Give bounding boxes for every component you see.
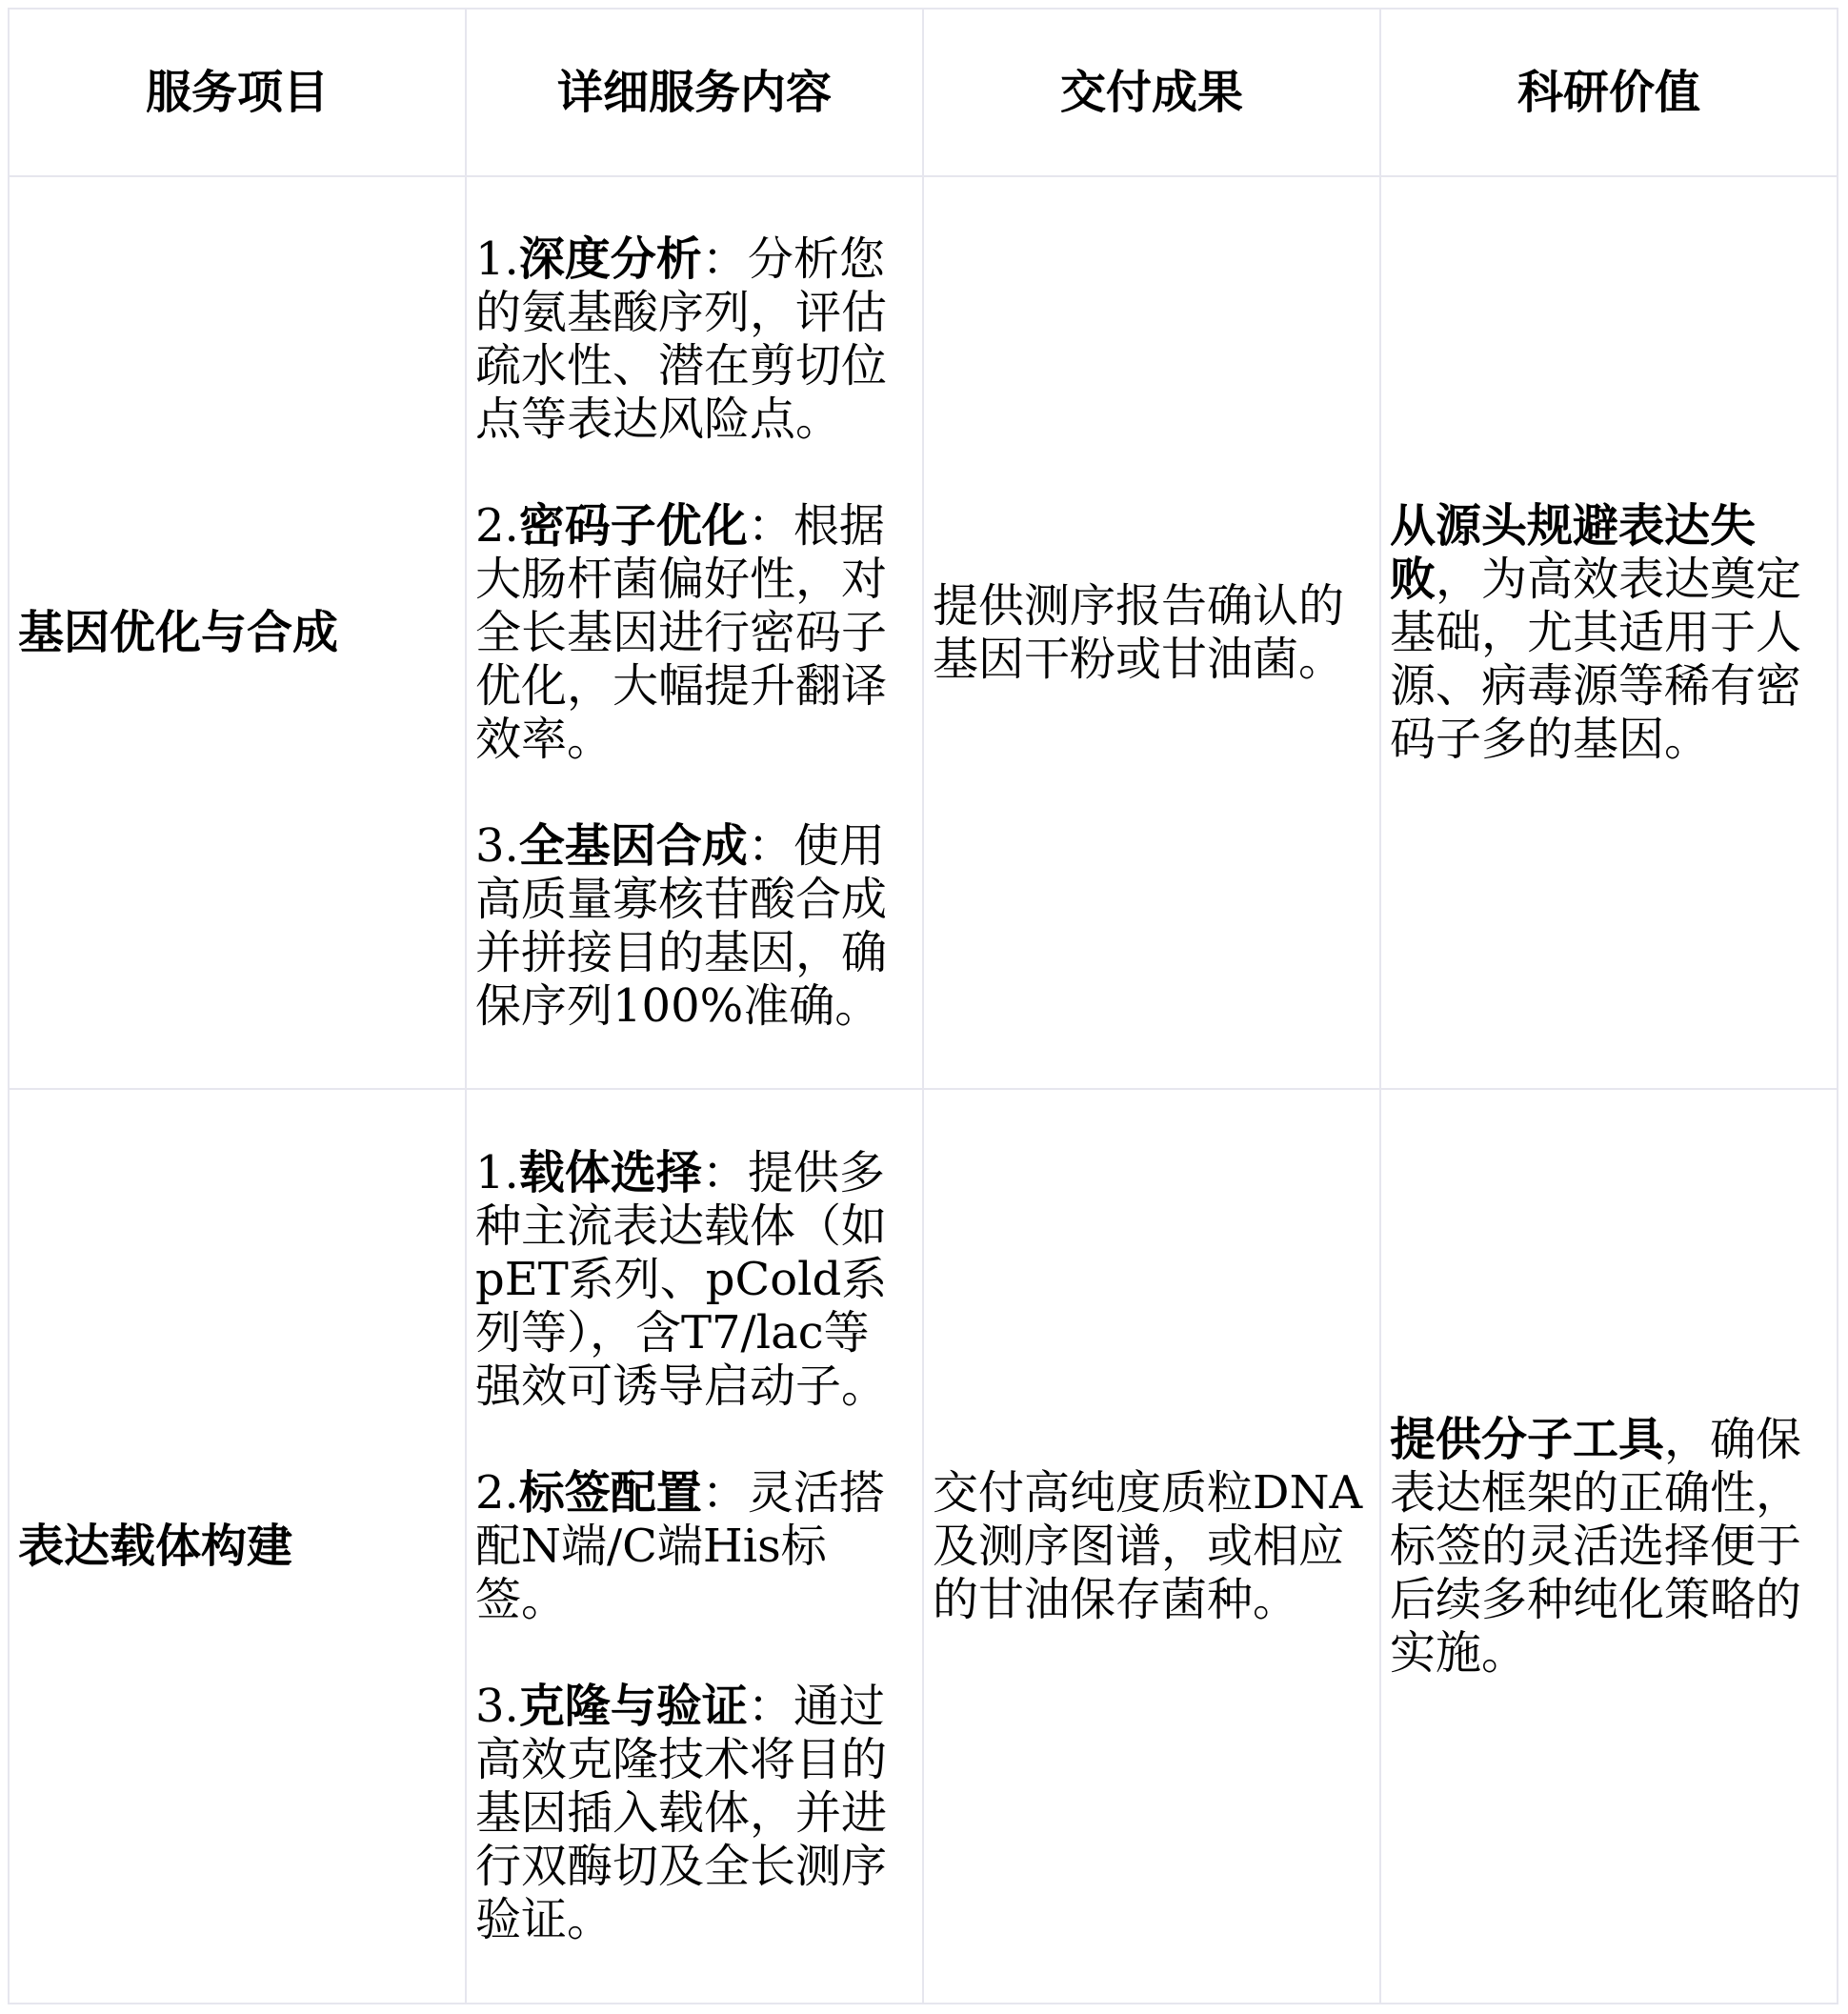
header-research-value: 科研价值 bbox=[1380, 9, 1838, 176]
table-row: 基因优化与合成 1.深度分析：分析您的氨基酸序列，评估疏水性、潜在剪切位点等表达… bbox=[9, 176, 1838, 1089]
step-number: 1. bbox=[475, 1146, 519, 1199]
header-service-details: 详细服务内容 bbox=[466, 9, 923, 176]
step-keyword: 全基因合成 bbox=[519, 819, 748, 873]
detail-step: 1.载体选择：提供多种主流表达载体（如pET系列、pCold系列等），含T7/l… bbox=[475, 1146, 914, 1413]
research-value: 提供分子工具，确保表达框架的正确性，标签的灵活选择便于后续多种纯化策略的实施。 bbox=[1380, 1089, 1838, 2004]
step-number: 2. bbox=[475, 499, 519, 553]
table-header-row: 服务项目 详细服务内容 交付成果 科研价值 bbox=[9, 9, 1838, 176]
step-keyword: 克隆与验证 bbox=[519, 1680, 748, 1733]
detail-step: 1.深度分析：分析您的氨基酸序列，评估疏水性、潜在剪切位点等表达风险点。 bbox=[475, 232, 914, 446]
step-number: 3. bbox=[475, 819, 519, 873]
service-table: 服务项目 详细服务内容 交付成果 科研价值 基因优化与合成 1.深度分析：分析您… bbox=[8, 8, 1838, 2004]
deliverable: 交付高纯度质粒DNA及测序图谱，或相应的甘油保存菌种。 bbox=[923, 1089, 1380, 2004]
deliverable: 提供测序报告确认的基因干粉或甘油菌。 bbox=[923, 176, 1380, 1089]
detail-step: 2.密码子优化：根据大肠杆菌偏好性，对全长基因进行密码子优化，大幅提升翻译效率。 bbox=[475, 499, 914, 766]
service-details: 1.深度分析：分析您的氨基酸序列，评估疏水性、潜在剪切位点等表达风险点。 2.密… bbox=[466, 176, 923, 1089]
step-keyword: 深度分析 bbox=[519, 232, 702, 286]
value-text: ，为高效表达奠定基础，尤其适用于人源、病毒源等稀有密码子多的基因。 bbox=[1390, 553, 1801, 766]
table-row: 表达载体构建 1.载体选择：提供多种主流表达载体（如pET系列、pCold系列等… bbox=[9, 1089, 1838, 2004]
step-keyword: 密码子优化 bbox=[519, 499, 748, 553]
step-keyword: 载体选择 bbox=[519, 1146, 702, 1199]
step-number: 1. bbox=[475, 232, 519, 286]
research-value: 从源头规避表达失败，为高效表达奠定基础，尤其适用于人源、病毒源等稀有密码子多的基… bbox=[1380, 176, 1838, 1089]
service-item-name: 表达载体构建 bbox=[9, 1089, 466, 2004]
header-service-item: 服务项目 bbox=[9, 9, 466, 176]
service-item-name: 基因优化与合成 bbox=[9, 176, 466, 1089]
header-deliverables: 交付成果 bbox=[923, 9, 1380, 176]
value-emphasis: 提供分子工具 bbox=[1390, 1413, 1664, 1466]
detail-step: 2.标签配置：灵活搭配N端/C端His标签。 bbox=[475, 1466, 914, 1626]
service-details: 1.载体选择：提供多种主流表达载体（如pET系列、pCold系列等），含T7/l… bbox=[466, 1089, 923, 2004]
step-keyword: 标签配置 bbox=[519, 1466, 702, 1520]
detail-step: 3.克隆与验证：通过高效克隆技术将目的基因插入载体，并进行双酶切及全长测序验证。 bbox=[475, 1680, 914, 1946]
step-number: 3. bbox=[475, 1680, 519, 1733]
detail-step: 3.全基因合成：使用高质量寡核苷酸合成并拼接目的基因，确保序列100%准确。 bbox=[475, 819, 914, 1033]
step-number: 2. bbox=[475, 1466, 519, 1520]
